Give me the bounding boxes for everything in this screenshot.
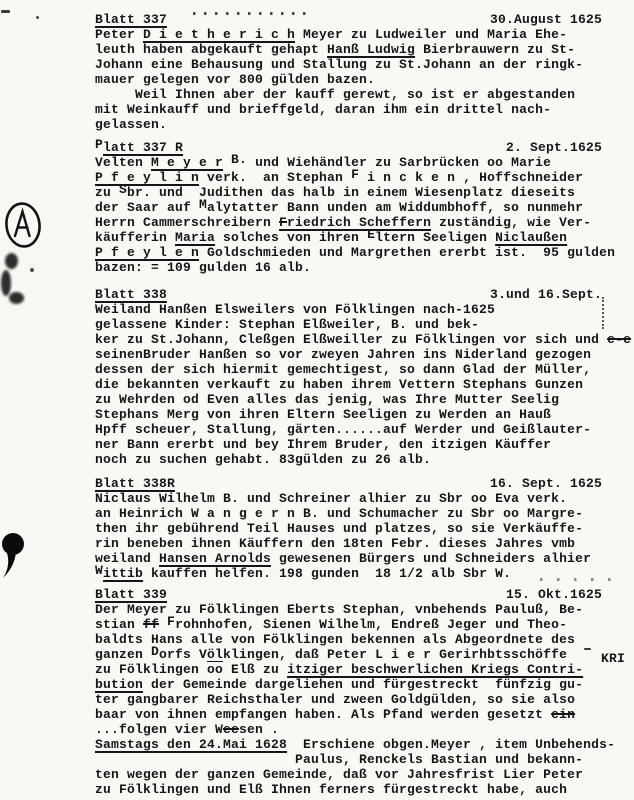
record-title: Blatt 338	[95, 287, 167, 302]
text-line: ganzen Dorfs Völklingen, daß Peter L i e…	[95, 647, 620, 662]
text-line: Weiland Hanßen Elsweilers von Fölklingen…	[95, 302, 620, 317]
underlined-text: ittib	[103, 566, 143, 581]
text-line: Hpff scheuer, Stallung, gärten......auf …	[95, 422, 620, 437]
record-date: 15. Okt.1625	[506, 587, 620, 602]
text-line: Stephans Merg von ihren Eltern Seeligen …	[95, 407, 620, 422]
text-line: an Heinrich W a n g e r n B. und Schumac…	[95, 506, 620, 521]
text-line: ner Bann ererbt und bey Ihrem Bruder, de…	[95, 437, 620, 452]
text-line: zu Fölklingen oo Elß zu itziger beschwer…	[95, 662, 620, 677]
struck-text: ein	[551, 707, 575, 722]
text-line: Herrn Cammerschreibern Friedrich Scheffe…	[95, 215, 620, 230]
raised-text: E	[367, 227, 375, 242]
ink-dot	[30, 268, 34, 272]
text-line: weiland Hansen Arnolds gewesenen Bürgers…	[95, 551, 620, 566]
underlined-text: itziger beschwerlichen Kriegs Contri-	[287, 662, 583, 677]
text-line: käufferin Maria solches von ihren Eltern…	[95, 230, 620, 245]
text-line: baar von ihnen empfangen haben. Als Pfan…	[95, 707, 620, 722]
underlined-text: Blatt 338R	[95, 476, 175, 491]
stray-dash	[1, 10, 10, 13]
record-section-blatt-337r: Platt 337 R2. Sept.1625Velten M e y e r …	[95, 140, 620, 275]
text-line: bazen: = 109 gulden 16 alb.	[95, 260, 620, 275]
record-section-samstag-1628: Samstags den 24.Mai 1628 Erschiene obgen…	[95, 737, 620, 797]
underlined-text: Blatt 338	[95, 287, 167, 302]
text-line: die bekannten verkauft zu haben ihrem Ve…	[95, 377, 620, 392]
text-line: Peter D i e t h e r i c h Meyer zu Ludwe…	[95, 27, 620, 42]
margin-side-note: KRI	[601, 651, 625, 666]
raised-text: D	[151, 644, 159, 659]
underlined-text: F	[279, 215, 287, 230]
dot-row	[540, 578, 612, 581]
text-line: seinenBruder Hanßen so vor zweyen Jahren…	[95, 347, 620, 362]
underlined-text: Maria	[175, 230, 215, 245]
raised-text: F	[167, 614, 175, 629]
underlined-text: D i e t h e r i c h	[143, 27, 295, 42]
underlined-text: Blatt 339	[95, 587, 167, 602]
ink-dot	[36, 16, 39, 19]
text-line: P f e y l i n verk. an Stephan F i n c k…	[95, 170, 620, 185]
record-section-blatt-337: Blatt 33730.August 1625Peter D i e t h e…	[95, 12, 620, 132]
underlined-text: riedrich Scheffern	[287, 215, 431, 230]
struck-text: e-e	[607, 332, 631, 347]
record-date: 30.August 1625	[490, 12, 620, 27]
text-line: gelassene Kinder: Stephan Elßweiler, B. …	[95, 317, 620, 332]
record-date: 3.und 16.Sept.	[490, 287, 620, 302]
document-body: Blatt 33730.August 1625Peter D i e t h e…	[95, 12, 620, 797]
text-line: zu Wehrden od Even alles das jenig, was …	[95, 392, 620, 407]
text-line: stian ff Frohnhofen, Sienen Wilhelm, End…	[95, 617, 620, 632]
text-line: Johann eine Behausung und Stallung zu St…	[95, 57, 620, 72]
underlined-text: M e y e r	[151, 155, 223, 170]
text-line: Weil Ihnen aber der kauff gerewt, so ist…	[95, 87, 620, 102]
raised-text: B.	[231, 152, 247, 167]
underlined-text: latt 337 R	[103, 140, 183, 155]
record-heading: Blatt 33730.August 1625	[95, 12, 620, 27]
circle-outline: A	[3, 199, 43, 251]
stray-dash	[584, 648, 591, 650]
underlined-text: Niclaußen	[495, 230, 567, 245]
record-title: Blatt 337	[95, 12, 167, 27]
struck-text: ee	[223, 722, 239, 737]
dot-row	[193, 12, 307, 15]
underlined-text: P f e y l i n	[95, 170, 199, 185]
raised-text: P	[95, 137, 103, 152]
text-line: zu Fölklingen und Elß Ihnen ferners fürg…	[95, 782, 620, 797]
text-line: ter gangbarer Reichsthaler und zween Gol…	[95, 692, 620, 707]
record-title: Blatt 338R	[95, 476, 175, 491]
overlined-text: oo	[207, 662, 223, 677]
text-line: gelassen.	[95, 117, 620, 132]
record-heading: Blatt 33915. Okt.1625	[95, 587, 620, 602]
text-line: rin beneben ihnen Käuffern den 18ten Feb…	[95, 536, 620, 551]
ink-smudge	[5, 253, 18, 269]
underlined-text: Blatt 337	[95, 12, 167, 27]
text-line: P f e y l e n Goldschmieden und Margreth…	[95, 245, 620, 260]
text-line: Samstags den 24.Mai 1628 Erschiene obgen…	[95, 737, 620, 752]
text-line: then ihr gebührend Teil Hauses und platz…	[95, 521, 620, 536]
record-heading: Blatt 338R16. Sept. 1625	[95, 476, 620, 491]
ink-blob-comma	[1, 532, 27, 585]
record-heading: Platt 337 R2. Sept.1625	[95, 140, 620, 155]
underlined-text: Hanß Ludwig	[327, 42, 415, 57]
raised-text: W	[95, 563, 103, 578]
record-date: 2. Sept.1625	[506, 140, 620, 155]
text-line: zu Sbr. und Judithen das halb in einem W…	[95, 185, 620, 200]
underlined-text: Hansen Arnolds	[159, 551, 271, 566]
text-line: baldts Hans alle von Fölklingen bekennen…	[95, 632, 620, 647]
text-line: Paulus, Renckels Bastian und bekann-	[95, 752, 620, 767]
text-line: noch zu suchen gehabt. 83gülden zu 26 al…	[95, 452, 620, 467]
text-line: der Saar auf Malytatter Bann unden am Wi…	[95, 200, 620, 215]
text-line: ker zu St.Johann, Cleßgen Elßweiller zu …	[95, 332, 620, 347]
record-title: Platt 337 R	[95, 140, 183, 155]
record-section-blatt-338r: Blatt 338R16. Sept. 1625Niclaus Wilhelm …	[95, 476, 620, 581]
text-line: ten wegen der ganzen Gemeinde, daß vor J…	[95, 767, 620, 782]
document-page: { "margin_notes": { "circled_letter": "A…	[0, 0, 634, 800]
text-line: Niclaus Wilhelm B. und Schreiner alhier …	[95, 491, 620, 506]
raised-text: M	[199, 197, 207, 212]
underlined-text: P f e y l e n	[95, 245, 199, 260]
record-section-blatt-339: Blatt 33915. Okt.1625Der Meyer zu Fölkli…	[95, 587, 620, 737]
record-heading: Blatt 3383.und 16.Sept.	[95, 287, 620, 302]
record-title: Blatt 339	[95, 587, 167, 602]
text-line: ...folgen vier Weesen .	[95, 722, 620, 737]
text-line: leuth haben abgekauft gehapt Hanß Ludwig…	[95, 42, 620, 57]
record-section-blatt-338: Blatt 3383.und 16.Sept.Weiland Hanßen El…	[95, 287, 620, 467]
text-line: dessen der sich hiermit gemechtigest, so…	[95, 362, 620, 377]
text-line: bution der Gemeinde dargeliehen und fürg…	[95, 677, 620, 692]
dotted-edge-mark	[602, 297, 604, 329]
struck-text: ff	[143, 617, 159, 632]
ink-smudge	[1, 270, 11, 296]
text-line: mauer gelegen vor 800 gülden bazen.	[95, 72, 620, 87]
underlined-text: bution	[95, 677, 143, 692]
raised-text: S	[119, 182, 127, 197]
text-line: mit Weinkauff und brieffgeld, daran ihm …	[95, 102, 620, 117]
circled-a-annotation: A	[3, 199, 43, 256]
raised-text: F	[351, 167, 359, 182]
underlined-text: Samstags den 24.Mai 1628	[95, 737, 287, 752]
record-date: 16. Sept. 1625	[490, 476, 620, 491]
ink-smudge	[9, 292, 24, 304]
